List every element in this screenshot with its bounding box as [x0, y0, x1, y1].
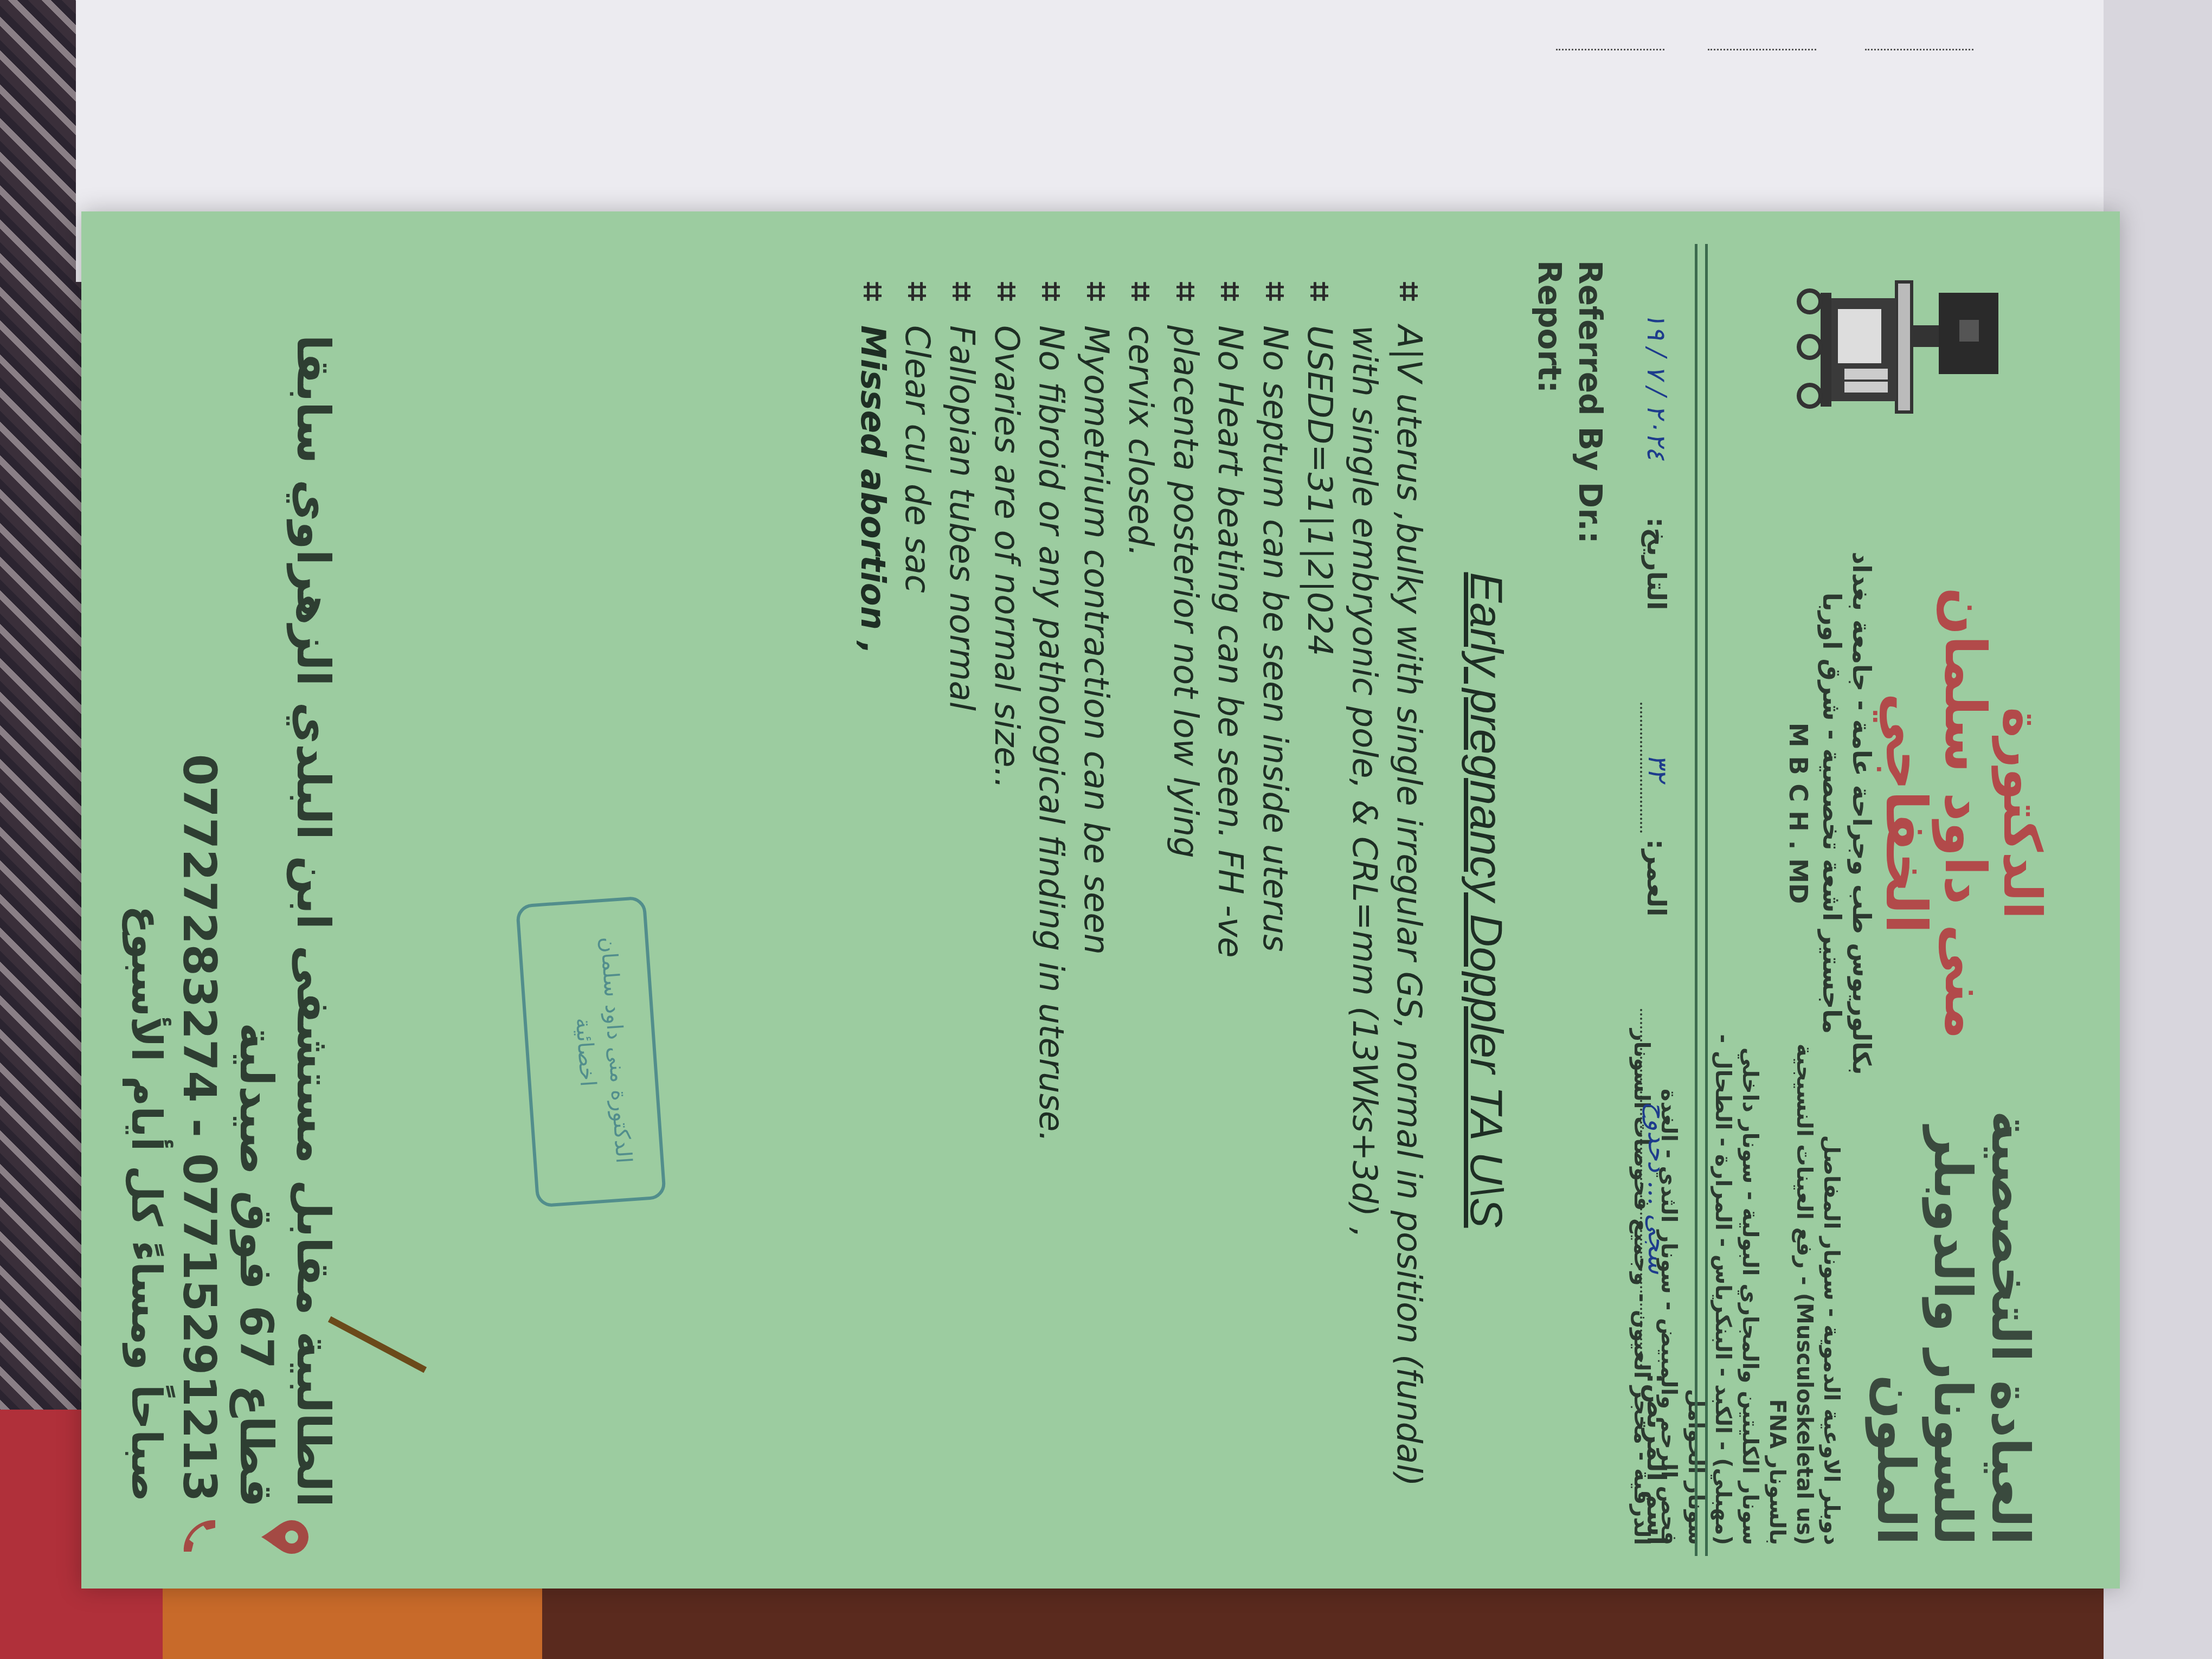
address-line: الطالبية مقابل مستشفى ابن البلدي الزهراو… [228, 244, 342, 1556]
bullet-icon: ⌗ [1118, 282, 1163, 301]
clinic-block: العيادة التخصصية للسونار والدوبلر الملون… [1628, 1014, 2039, 1545]
folder-dotted-line [1708, 49, 1816, 50]
bullet-icon: ⌗ [1029, 282, 1073, 301]
letterhead: العيادة التخصصية للسونار والدوبلر الملون… [1724, 244, 2060, 1556]
finding-item: ⌗No septum can be seen inside uterus [1252, 282, 1297, 1534]
finding-text: Myometrium contraction can be seen [1077, 325, 1116, 955]
bullet-icon: ⌗ [984, 282, 1028, 301]
finding-item: ⌗cervix closed. [1118, 282, 1163, 1534]
doctor-title: الدكتورة [1995, 548, 2049, 1079]
ultrasound-report-sheet: العيادة التخصصية للسونار والدوبلر الملون… [81, 211, 2120, 1589]
ultrasound-machine-icon [1795, 260, 2001, 434]
finding-item: ⌗Fallopian tubes normal [940, 282, 984, 1534]
bullet-icon: ⌗ [940, 282, 984, 301]
working-hours: صباحاً ومساءً كل أيام الأسبوع [123, 244, 171, 1556]
finding-item: ⌗Clear cul de sac [895, 282, 940, 1534]
footer: الطالبية مقابل مستشفى ابن البلدي الزهراو… [123, 244, 342, 1556]
folder-dotted-line [1865, 49, 1973, 50]
phone-icon [178, 1513, 221, 1556]
doctor-qualification: بكالوريوس طب وجراحة عامة - جامعة بغداد [1847, 548, 1876, 1079]
bullet-icon: ⌗ [1208, 282, 1252, 301]
doctor-stamp: الدكتورة منى داود سلمان اخصائية [516, 896, 666, 1207]
report-title: Early pregnancy Doppler TA U\S [1460, 211, 1513, 1589]
finding-item: ⌗Missed abortion , [850, 282, 895, 1534]
finding-text: placenta posterior not low lying [1166, 325, 1206, 858]
finding-item: ⌗Ovaries are of normal size.. [984, 282, 1028, 1534]
folder-dotted-line [1556, 49, 1664, 50]
age-label: العمر: [1641, 839, 1671, 917]
doctor-name: منى داود سلمان الخفاجي [1876, 548, 1995, 1079]
finding-item: ⌗No fibroid or any pathological finding … [1029, 282, 1073, 1534]
bullet-icon: ⌗ [1073, 282, 1118, 301]
finding-text: No Heart beating can be seen. FH -ve [1211, 325, 1250, 957]
patient-info-row: اسم المريض: سجى ... دحدوح العمر: ٣٢ التا… [1626, 255, 1686, 1545]
referred-by-label: Referred By Dr.: [1570, 260, 1610, 544]
finding-item: ⌗Myometrium contraction can be seen [1073, 282, 1118, 1534]
finding-text: A|V uterus ,bulky with single irregular … [1345, 325, 1429, 1487]
finding-text: No fibroid or any pathological finding i… [1032, 325, 1071, 1142]
doctor-degrees: M B C H . MD [1784, 548, 1813, 1079]
date-field[interactable]: ٢٠٢٤ / ٧ / ١٩ [1641, 261, 1671, 511]
finding-item: ⌗No Heart beating can be seen. FH -ve [1208, 282, 1252, 1534]
folder-back [2104, 0, 2212, 1659]
referral-block: Referred By Dr.: Report: [1528, 260, 1610, 544]
doctor-block: الدكتورة منى داود سلمان الخفاجي بكالوريو… [1784, 548, 2049, 1079]
finding-text: cervix closed. [1121, 325, 1161, 557]
finding-text: Fallopian tubes normal [942, 325, 982, 711]
finding-text: Ovaries are of normal size.. [987, 325, 1027, 789]
location-pin-icon [260, 1518, 309, 1556]
bullet-icon: ⌗ [895, 282, 940, 301]
age-field[interactable]: ٣٢ [1640, 703, 1673, 833]
finding-text: USEDD=31|1|2|024 [1300, 325, 1340, 656]
finding-item: ⌗placenta posterior not low lying [1163, 282, 1207, 1534]
doctor-qualification: ماجستير اشعة تخصصية - شرق اوربا [1816, 548, 1846, 1079]
finding-item: ⌗USEDD=31|1|2|024 [1297, 282, 1342, 1534]
finding-text: Clear cul de sac [898, 325, 937, 593]
findings-list: ⌗A|V uterus ,bulky with single irregular… [850, 282, 1431, 1534]
service-line: دوبلر الاوعية الدموية - سونار المفاصل (M… [1764, 1014, 1845, 1545]
address-text: الطالبية مقابل مستشفى ابن البلدي الزهراو… [228, 244, 342, 1507]
finding-text: No septum can be seen inside uterus [1256, 325, 1295, 952]
clinic-title: العيادة التخصصية [1981, 1014, 2039, 1545]
date-label: التاريخ: [1641, 517, 1671, 610]
bullet-icon: ⌗ [1297, 282, 1342, 301]
bullet-icon: ⌗ [1252, 282, 1297, 301]
phone-numbers: 07727283274 - 07715291213 [171, 754, 228, 1502]
bullet-icon: ⌗ [1387, 282, 1431, 301]
finding-item: ⌗A|V uterus ,bulky with single irregular… [1342, 282, 1431, 1534]
finding-text: Missed abortion , [853, 325, 893, 654]
clinic-subtitle: للسونار والدوبلر الملون [1867, 1014, 1981, 1545]
patient-name-label: اسم المريض: [1641, 1373, 1671, 1545]
bullet-icon: ⌗ [850, 282, 895, 301]
patient-name-field[interactable]: سجى ... دحدوح [1640, 1009, 1673, 1367]
report-label: Report: [1528, 260, 1569, 544]
bullet-icon: ⌗ [1163, 282, 1207, 301]
phone-line: 07727283274 - 07715291213 [171, 244, 228, 1556]
header-divider [1695, 244, 1708, 1556]
